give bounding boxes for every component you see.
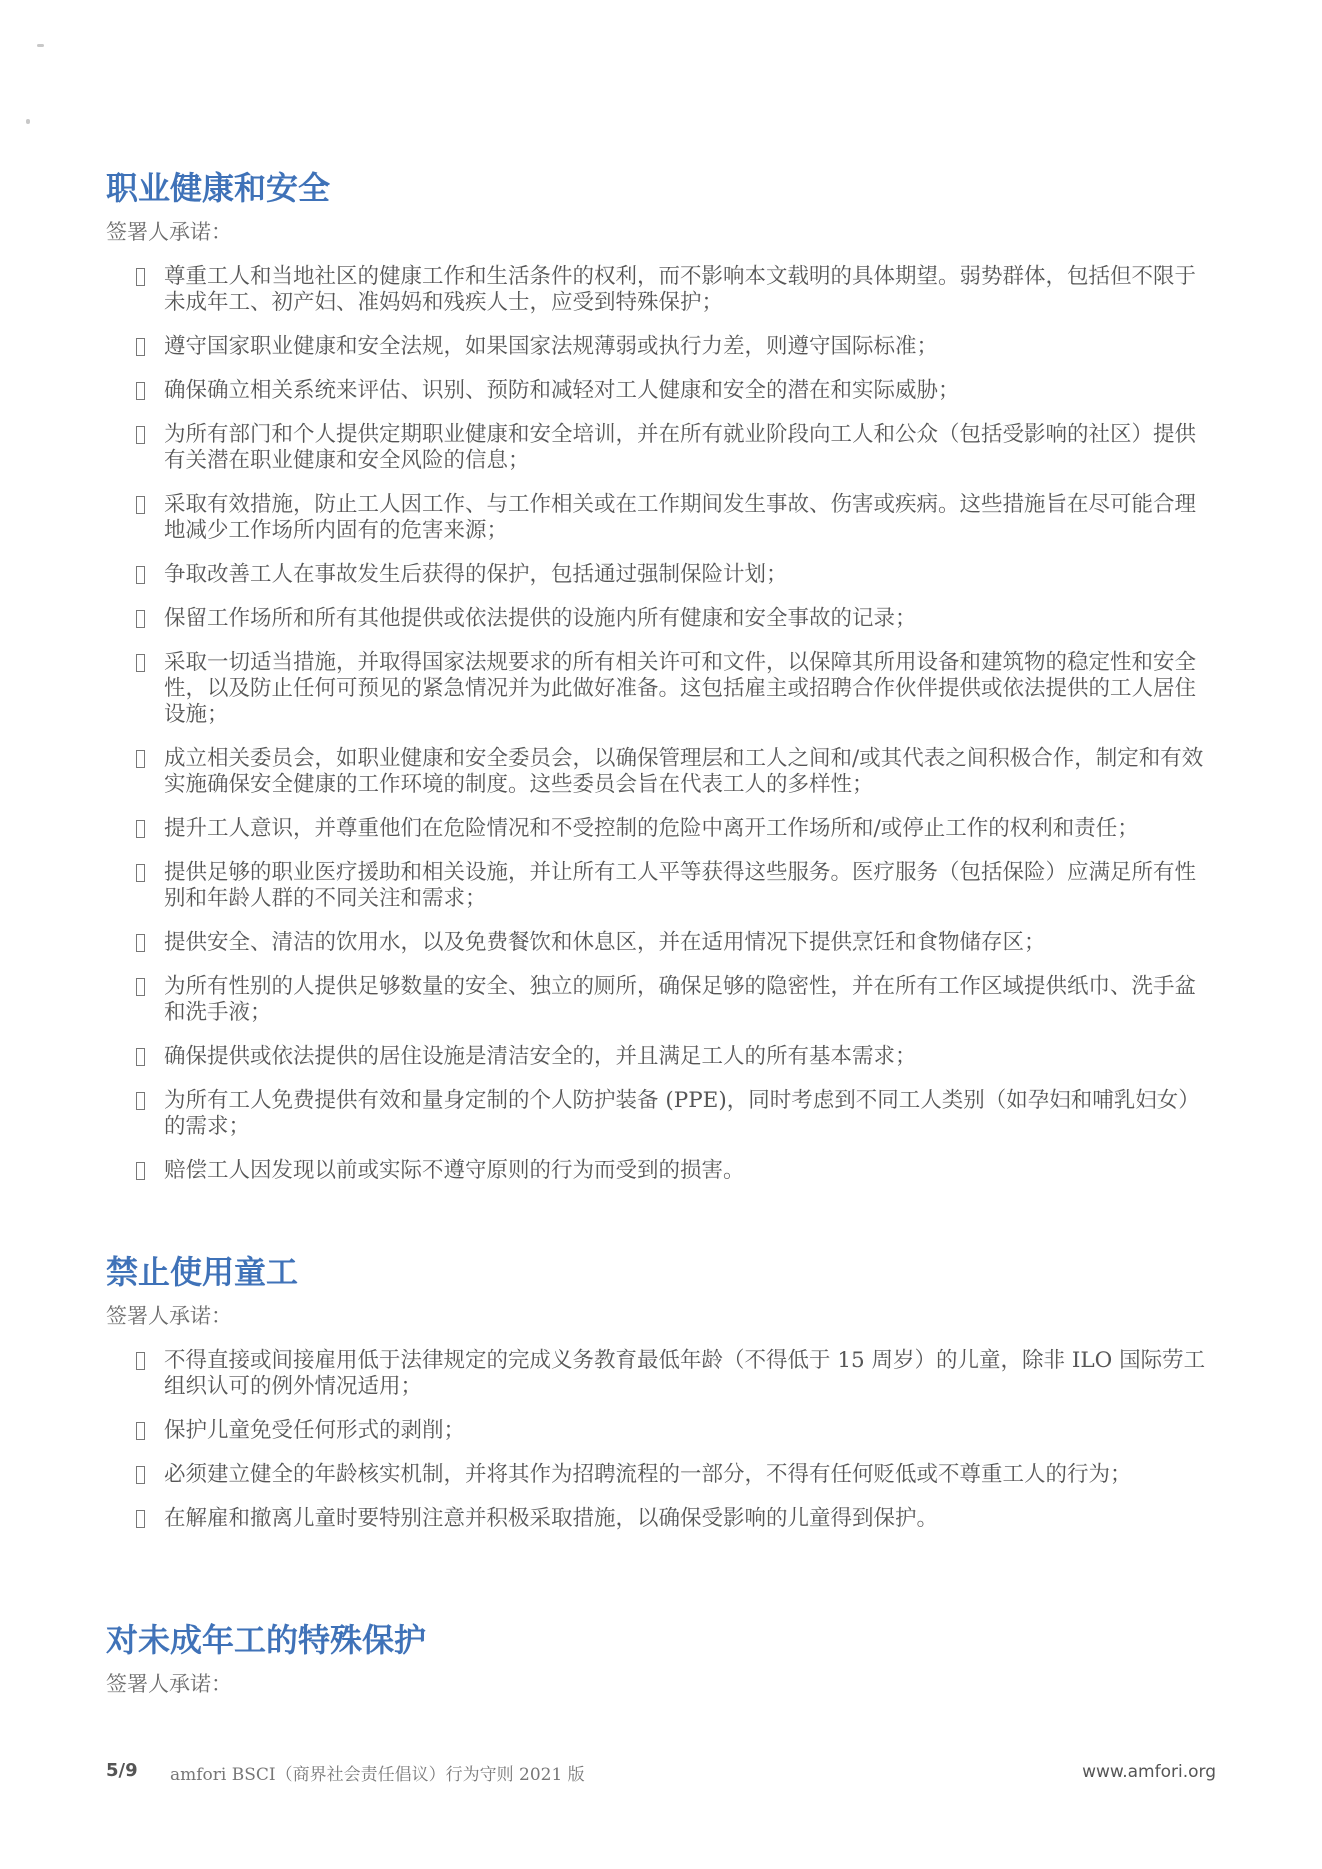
item-text: 保留工作场所和所有其他提供或依法提供的设施内所有健康和安全事故的记录； [164, 606, 917, 631]
checkbox-icon [136, 1510, 145, 1528]
item-text: 不得直接或间接雇用低于法律规定的完成义务教育最低年龄（不得低于 15 周岁）的儿… [164, 1348, 1205, 1399]
section-no-child-labour: 禁止使用童工 签署人承诺： 不得直接或间接雇用低于法律规定的完成义务教育最低年龄… [106, 1252, 1216, 1550]
list-item: 提供安全、清洁的饮用水，以及免费餐饮和休息区，并在适用情况下提供烹饪和食物储存区… [136, 930, 1216, 956]
website-link[interactable]: www.amfori.org [1082, 1762, 1216, 1782]
checkbox-icon [136, 496, 145, 514]
item-text: 提供足够的职业医疗援助和相关设施，并让所有工人平等获得这些服务。医疗服务（包括保… [164, 860, 1196, 911]
list-item: 不得直接或间接雇用低于法律规定的完成义务教育最低年龄（不得低于 15 周岁）的儿… [136, 1348, 1216, 1400]
item-text: 确保提供或依法提供的居住设施是清洁安全的，并且满足工人的所有基本需求； [164, 1044, 917, 1069]
scan-artifact [26, 119, 30, 124]
list-item: 采取一切适当措施，并取得国家法规要求的所有相关许可和文件，以保障其所用设备和建筑… [136, 650, 1216, 728]
list-item: 遵守国家职业健康和安全法规，如果国家法规薄弱或执行力差，则遵守国际标准； [136, 334, 1216, 360]
section-intro: 签署人承诺： [106, 1670, 1216, 1698]
checkbox-icon [136, 1422, 145, 1440]
list-item: 提供足够的职业医疗援助和相关设施，并让所有工人平等获得这些服务。医疗服务（包括保… [136, 860, 1216, 912]
item-text: 在解雇和撤离儿童时要特别注意并积极采取措施，以确保受影响的儿童得到保护。 [164, 1506, 938, 1531]
item-text: 采取有效措施，防止工人因工作、与工作相关或在工作期间发生事故、伤害或疾病。这些措… [164, 492, 1196, 543]
checkbox-icon [136, 864, 145, 882]
checkbox-icon [136, 610, 145, 628]
list-item: 成立相关委员会，如职业健康和安全委员会，以确保管理层和工人之间和/或其代表之间积… [136, 746, 1216, 798]
page-number: 5/9 [106, 1760, 138, 1781]
item-text: 保护儿童免受任何形式的剥削； [164, 1418, 465, 1443]
item-text: 必须建立健全的年龄核实机制，并将其作为招聘流程的一部分，不得有任何贬低或不尊重工… [164, 1462, 1132, 1487]
list-item: 为所有部门和个人提供定期职业健康和安全培训，并在所有就业阶段向工人和公众（包括受… [136, 422, 1216, 474]
section-intro: 签署人承诺： [106, 1302, 1216, 1330]
item-text: 为所有性别的人提供足够数量的安全、独立的厕所，确保足够的隐密性，并在所有工作区域… [164, 974, 1196, 1025]
page-footer: 5/9 amfori BSCI（商界社会责任倡议）行为守则 2021 版 www… [106, 1760, 1216, 1790]
checkbox-icon [136, 338, 145, 356]
section-title: 对未成年工的特殊保护 [106, 1620, 1216, 1660]
checkbox-icon [136, 1352, 145, 1370]
document-page: 职业健康和安全 签署人承诺： 尊重工人和当地社区的健康工作和生活条件的权利，而不… [0, 0, 1322, 1869]
list-item: 采取有效措施，防止工人因工作、与工作相关或在工作期间发生事故、伤害或疾病。这些措… [136, 492, 1216, 544]
checkbox-icon [136, 654, 145, 672]
list-item: 确保确立相关系统来评估、识别、预防和减轻对工人健康和安全的潜在和实际威胁； [136, 378, 1216, 404]
item-text: 遵守国家职业健康和安全法规，如果国家法规薄弱或执行力差，则遵守国际标准； [164, 334, 938, 359]
checkbox-icon [136, 382, 145, 400]
checkbox-icon [136, 1466, 145, 1484]
section-title: 职业健康和安全 [106, 168, 1216, 208]
list-item: 争取改善工人在事故发生后获得的保护，包括通过强制保险计划； [136, 562, 1216, 588]
item-text: 提升工人意识，并尊重他们在危险情况和不受控制的危险中离开工作场所和/或停止工作的… [164, 816, 1139, 841]
item-text: 赔偿工人因发现以前或实际不遵守原则的行为而受到的损害。 [164, 1158, 745, 1183]
checkbox-icon [136, 1162, 145, 1180]
checkbox-icon [136, 934, 145, 952]
item-text: 确保确立相关系统来评估、识别、预防和减轻对工人健康和安全的潜在和实际威胁； [164, 378, 960, 403]
list-item: 保护儿童免受任何形式的剥削； [136, 1418, 1216, 1444]
scan-artifact [37, 44, 44, 47]
checkbox-icon [136, 978, 145, 996]
list-item: 保留工作场所和所有其他提供或依法提供的设施内所有健康和安全事故的记录； [136, 606, 1216, 632]
item-text: 为所有部门和个人提供定期职业健康和安全培训，并在所有就业阶段向工人和公众（包括受… [164, 422, 1196, 473]
footer-document-title: amfori BSCI（商界社会责任倡议）行为守则 2021 版 [170, 1760, 585, 1785]
section-young-workers-protection: 对未成年工的特殊保护 签署人承诺： [106, 1620, 1216, 1716]
item-text: 提供安全、清洁的饮用水，以及免费餐饮和休息区，并在适用情况下提供烹饪和食物储存区… [164, 930, 1046, 955]
list-item: 确保提供或依法提供的居住设施是清洁安全的，并且满足工人的所有基本需求； [136, 1044, 1216, 1070]
commitment-list: 不得直接或间接雇用低于法律规定的完成义务教育最低年龄（不得低于 15 周岁）的儿… [106, 1348, 1216, 1532]
section-intro: 签署人承诺： [106, 218, 1216, 246]
list-item: 在解雇和撤离儿童时要特别注意并积极采取措施，以确保受影响的儿童得到保护。 [136, 1506, 1216, 1532]
item-text: 为所有工人免费提供有效和量身定制的个人防护装备 (PPE)，同时考虑到不同工人类… [164, 1088, 1200, 1139]
list-item: 为所有性别的人提供足够数量的安全、独立的厕所，确保足够的隐密性，并在所有工作区域… [136, 974, 1216, 1026]
item-text: 尊重工人和当地社区的健康工作和生活条件的权利，而不影响本文载明的具体期望。弱势群… [164, 264, 1196, 315]
item-text: 成立相关委员会，如职业健康和安全委员会，以确保管理层和工人之间和/或其代表之间积… [164, 746, 1203, 797]
item-text: 争取改善工人在事故发生后获得的保护，包括通过强制保险计划； [164, 562, 788, 587]
checkbox-icon [136, 268, 145, 286]
list-item: 赔偿工人因发现以前或实际不遵守原则的行为而受到的损害。 [136, 1158, 1216, 1184]
checkbox-icon [136, 820, 145, 838]
checkbox-icon [136, 1092, 145, 1110]
list-item: 为所有工人免费提供有效和量身定制的个人防护装备 (PPE)，同时考虑到不同工人类… [136, 1088, 1216, 1140]
checkbox-icon [136, 566, 145, 584]
section-occupational-health-safety: 职业健康和安全 签署人承诺： 尊重工人和当地社区的健康工作和生活条件的权利，而不… [106, 168, 1216, 1202]
checkbox-icon [136, 1048, 145, 1066]
item-text: 采取一切适当措施，并取得国家法规要求的所有相关许可和文件，以保障其所用设备和建筑… [164, 650, 1196, 727]
commitment-list: 尊重工人和当地社区的健康工作和生活条件的权利，而不影响本文载明的具体期望。弱势群… [106, 264, 1216, 1184]
list-item: 提升工人意识，并尊重他们在危险情况和不受控制的危险中离开工作场所和/或停止工作的… [136, 816, 1216, 842]
checkbox-icon [136, 426, 145, 444]
section-title: 禁止使用童工 [106, 1252, 1216, 1292]
list-item: 必须建立健全的年龄核实机制，并将其作为招聘流程的一部分，不得有任何贬低或不尊重工… [136, 1462, 1216, 1488]
checkbox-icon [136, 750, 145, 768]
list-item: 尊重工人和当地社区的健康工作和生活条件的权利，而不影响本文载明的具体期望。弱势群… [136, 264, 1216, 316]
